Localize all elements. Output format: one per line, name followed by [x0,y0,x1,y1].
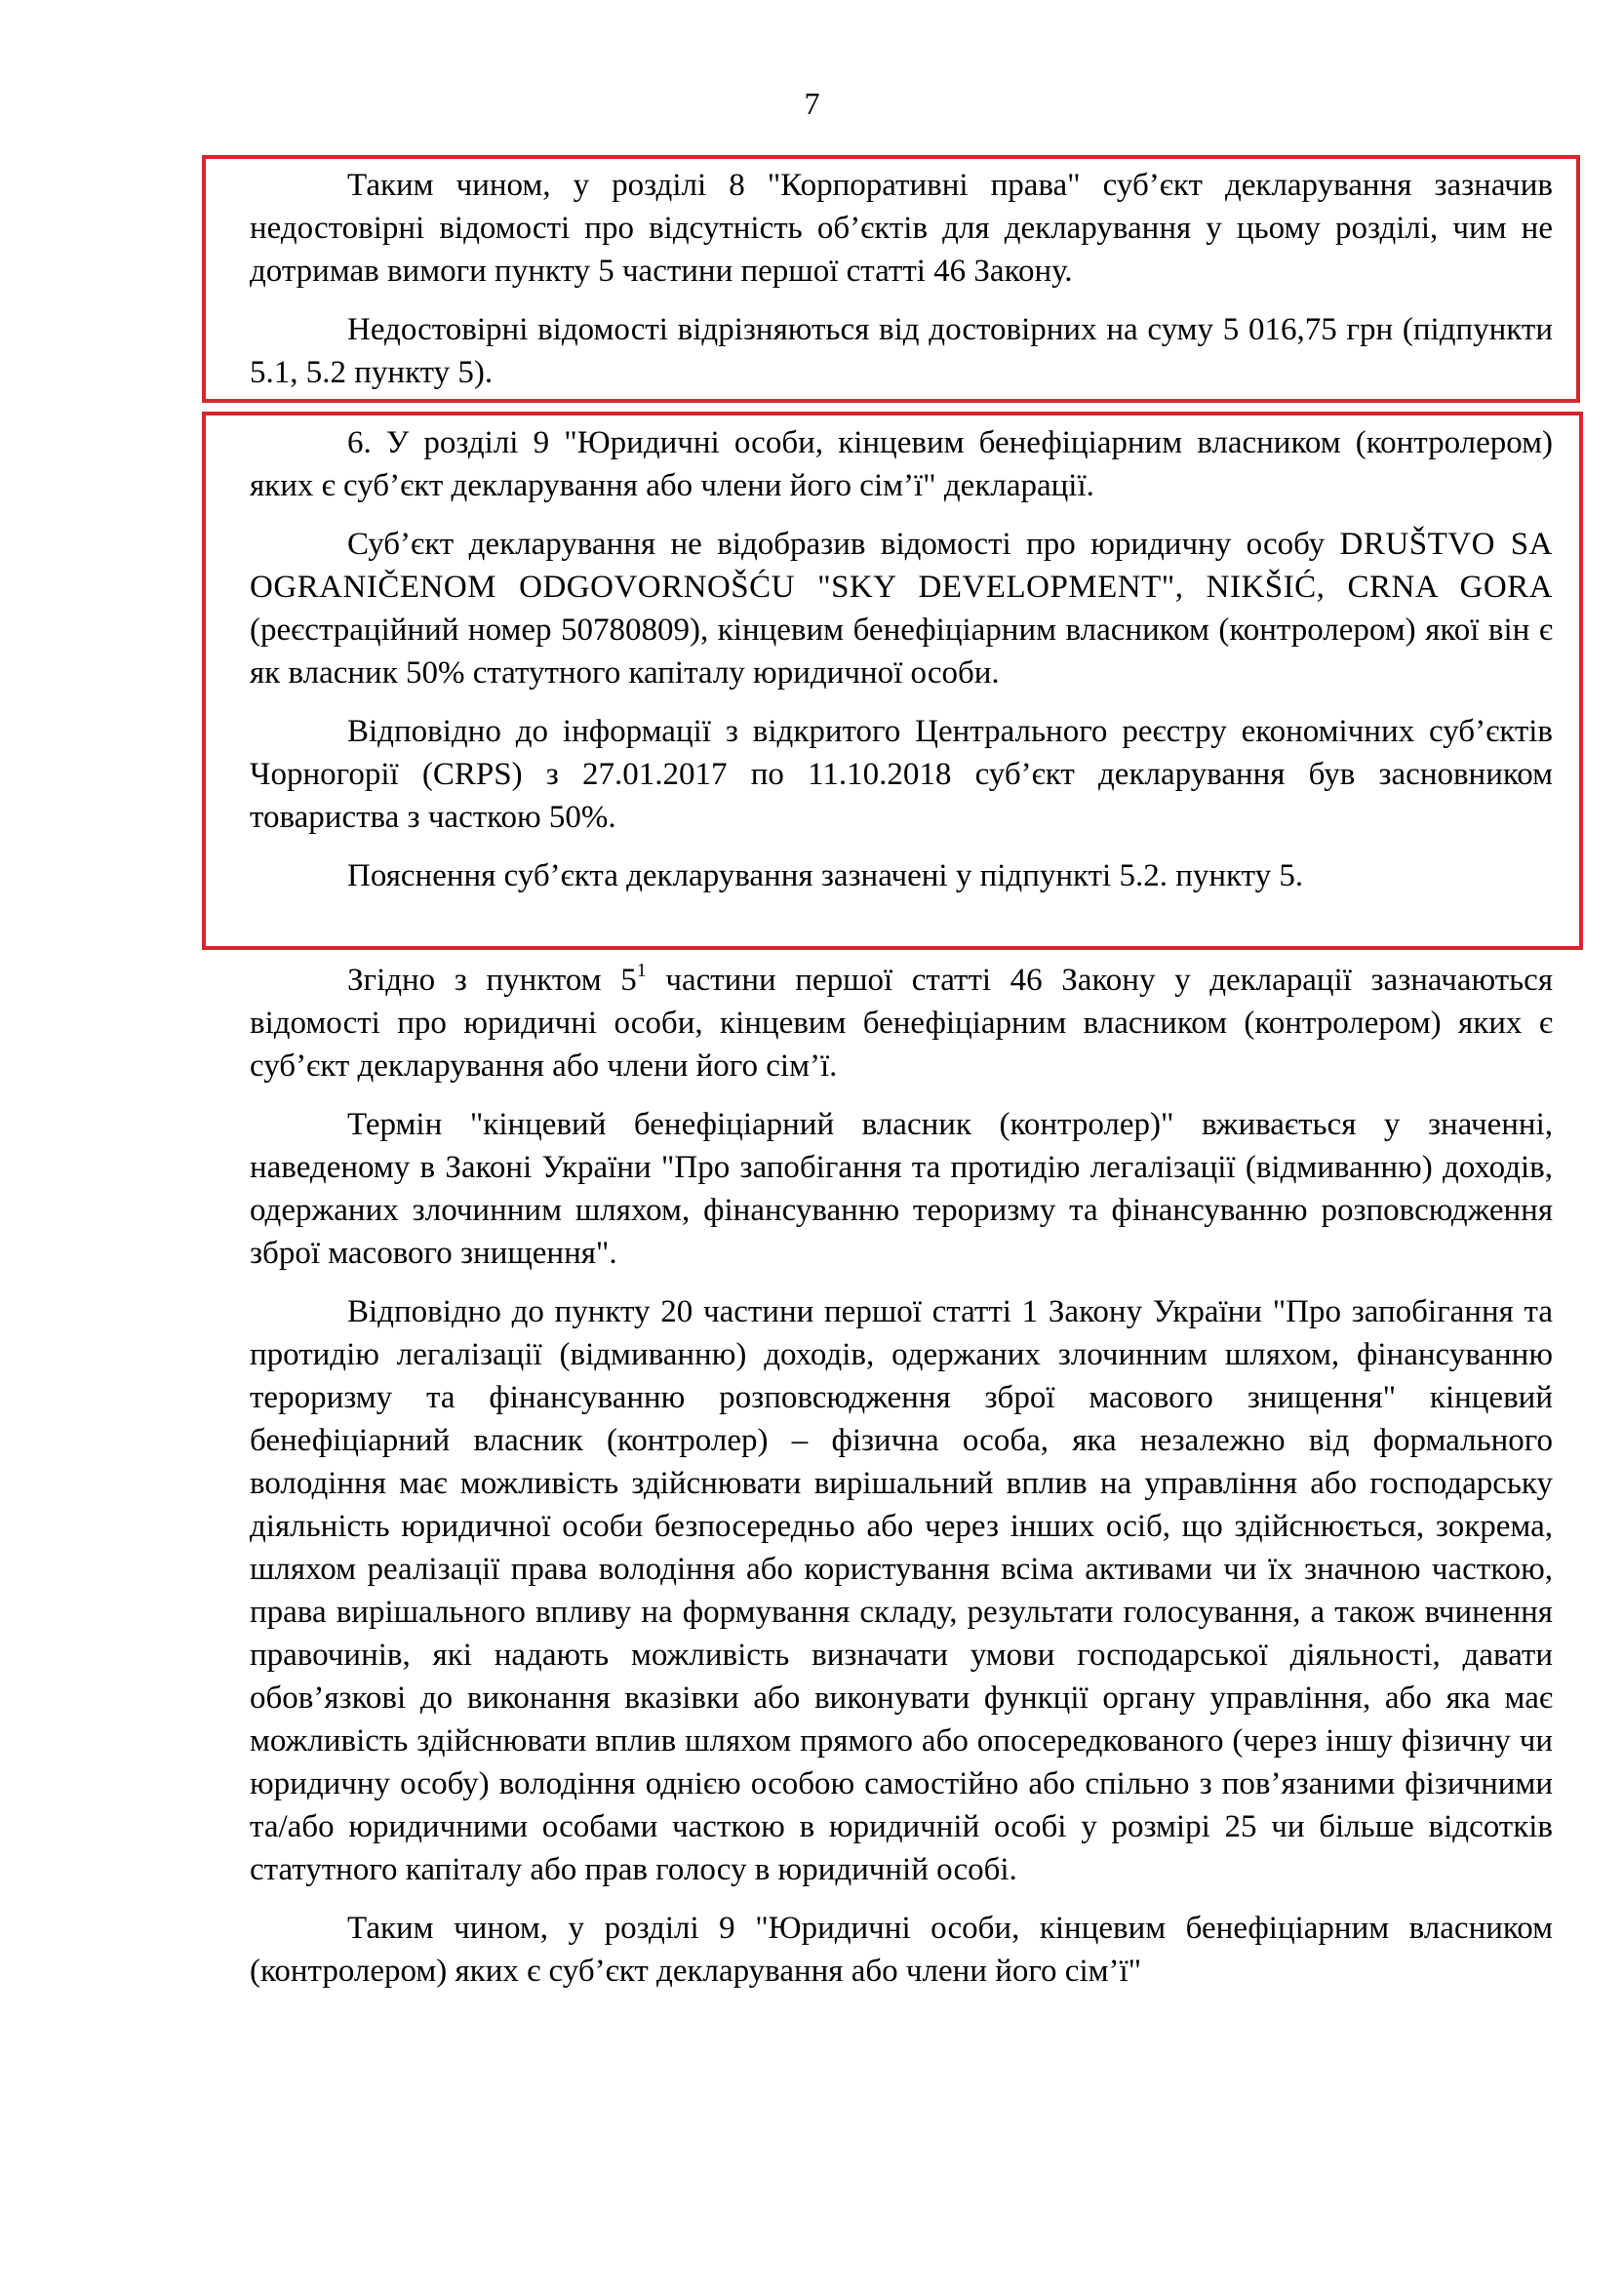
text-registration: (реєстраційний номер 50780809), кінцевим… [250,613,1553,691]
paragraph-corporate-rights-finding: Таким чином, у розділі 8 "Корпоративні п… [250,164,1553,293]
paragraph-law-requirement: Згідно з пунктом 51 частини першої статт… [250,959,1553,1087]
paragraph-section-9-heading: 6. У розділі 9 "Юридичні особи, кінцевим… [250,421,1553,507]
paragraph-term-definition: Термін "кінцевий бенефіціарний власник (… [250,1103,1553,1275]
paragraph-discrepancy-amount: Недостовірні відомості відрізняються від… [250,308,1553,394]
paragraph-beneficial-owner-definition: Відповідно до пункту 20 частини першої с… [250,1290,1553,1891]
paragraph-undisclosed-company: Суб’єкт декларування не відобразив відом… [250,523,1553,694]
paragraph-conclusion: Таким чином, у розділі 9 "Юридичні особи… [250,1907,1553,1993]
page-number: 7 [0,84,1624,123]
paragraph-crps-registry: Відповідно до інформації з відкритого Це… [250,710,1553,839]
text-intro: Суб’єкт декларування не відобразив відом… [347,527,1325,562]
section-corporate-rights-conclusion: Таким чином, у розділі 8 "Корпоративні п… [250,164,1553,394]
section-legal-entities: 6. У розділі 9 "Юридичні особи, кінцевим… [250,421,1553,897]
section-legal-basis: Згідно з пунктом 51 частини першої статт… [250,959,1553,1993]
paragraph-explanation-reference: Пояснення суб’єкта декларування зазначен… [250,854,1553,897]
superscript-1: 1 [637,960,647,981]
text-requirement-start: Згідно з пунктом 5 [347,963,637,998]
